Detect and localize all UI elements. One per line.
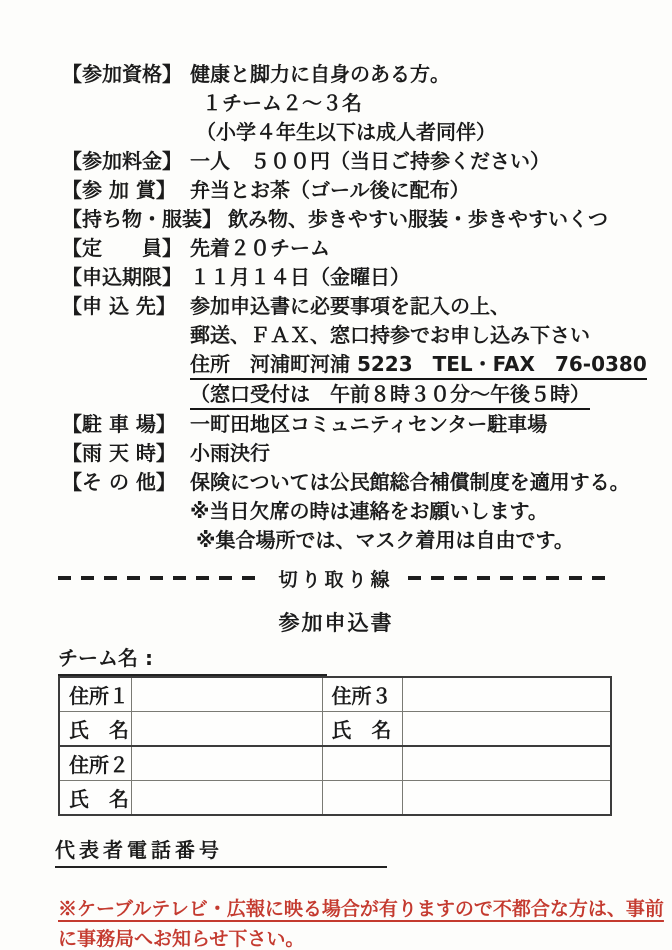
detail-row-office-hours: （窓口受付は 午前８時３０分～午後５時） <box>0 380 672 410</box>
detail-text: 一人 ５００円（当日ご持参ください） <box>190 149 550 173</box>
detail-row-child-note: （小学４年生以下は成人者同伴） <box>0 118 672 147</box>
detail-row-prize: 【参 加 賞】弁当とお茶（ゴール後に配布） <box>0 176 672 205</box>
notice-line: に事務局へお知らせ下さい。 <box>58 928 304 950</box>
cable-tv-notice: ※ケーブルテレビ・広報に映る場合が有りますので不都合な方は、事前 に事務局へお知… <box>58 894 672 950</box>
cut-line-label: 切り取り線 <box>279 565 394 592</box>
application-table: 住所１ 住所３ 氏 名 氏 名 住所２ 氏 名 <box>58 676 612 816</box>
cell-input-address3[interactable] <box>402 677 611 712</box>
detail-row-address-tel: 住所 河浦町河浦 5223 TEL・FAX 76-0380 <box>0 350 672 380</box>
cut-line-dashes-left <box>58 576 265 580</box>
detail-row-team-size: １チーム２～３名 <box>0 89 672 118</box>
representative-phone-row: 代表者電話番号 <box>55 834 672 868</box>
team-name-field[interactable]: チーム名 : <box>58 642 327 676</box>
detail-text: 郵送、ＦＡＸ、窓口持参でお申し込み下さい <box>190 321 590 350</box>
cell-label-address1: 住所１ <box>59 677 131 712</box>
detail-text: 飲み物、歩きやすい服装・歩きやすいくつ <box>228 207 608 231</box>
cell-label-name1: 氏 名 <box>59 712 131 747</box>
detail-text: 小雨決行 <box>190 441 270 465</box>
table-row: 住所１ 住所３ <box>59 677 611 712</box>
detail-label: 【参加料金】 <box>62 147 190 176</box>
representative-phone-field[interactable]: 代表者電話番号 <box>55 834 387 868</box>
detail-text: １１月１４日（金曜日） <box>190 265 410 289</box>
cell-input-name1[interactable] <box>131 712 322 747</box>
cell-input-address2[interactable] <box>131 746 322 781</box>
detail-row-other: 【そ の 他】保険については公民館総合補償制度を適用する。 <box>0 468 672 497</box>
scanned-application-flyer: 【参加資格】健康と脚力に自身のある方。 １チーム２～３名 （小学４年生以下は成人… <box>0 0 672 950</box>
detail-row-belongings: 【持ち物・服装】飲み物、歩きやすい服装・歩きやすいくつ <box>0 205 672 234</box>
detail-row-mask-note: ※集合場所では、マスク着用は自由です。 <box>0 526 672 555</box>
cell-label-name3: 氏 名 <box>322 712 402 747</box>
detail-label: 【雨 天 時】 <box>62 439 190 468</box>
cell-input-name2[interactable] <box>131 781 322 816</box>
detail-label: 【そ の 他】 <box>62 468 190 497</box>
cell-empty <box>402 781 611 816</box>
cell-input-name3[interactable] <box>402 712 611 747</box>
cut-line-dashes-right <box>408 576 615 580</box>
detail-label: 【持ち物・服装】 <box>62 205 222 234</box>
detail-text-underlined: 住所 河浦町河浦 5223 TEL・FAX 76-0380 <box>190 351 647 380</box>
detail-label: 【申 込 先】 <box>62 292 190 321</box>
detail-text: 保険については公民館総合補償制度を適用する。 <box>190 470 630 494</box>
cell-input-address1[interactable] <box>131 677 322 712</box>
detail-row-rain: 【雨 天 時】小雨決行 <box>0 439 672 468</box>
cell-empty <box>402 746 611 781</box>
detail-label: 【参加資格】 <box>62 60 190 89</box>
notice-line: ※ケーブルテレビ・広報に映る場合が有りますので不都合な方は、事前 <box>58 898 664 920</box>
team-name-row: チーム名 : <box>58 642 672 676</box>
detail-text: 参加申込書に必要事項を記入の上、 <box>190 294 510 318</box>
detail-row-absence-note: ※当日欠席の時は連絡をお願いします。 <box>0 497 672 526</box>
detail-text: （小学４年生以下は成人者同伴） <box>196 118 496 147</box>
detail-text: １チーム２～３名 <box>202 89 362 118</box>
table-row: 氏 名 <box>59 781 611 816</box>
table-row: 氏 名 氏 名 <box>59 712 611 747</box>
detail-row-parking: 【駐 車 場】一町田地区コミュニティセンター駐車場 <box>0 410 672 439</box>
cell-empty <box>322 746 402 781</box>
event-details-list: 【参加資格】健康と脚力に自身のある方。 １チーム２～３名 （小学４年生以下は成人… <box>0 0 672 555</box>
table-row: 住所２ <box>59 746 611 781</box>
cell-empty <box>322 781 402 816</box>
detail-label: 【申込期限】 <box>62 263 190 292</box>
detail-text: ※集合場所では、マスク着用は自由です。 <box>196 526 574 555</box>
detail-row-qualification: 【参加資格】健康と脚力に自身のある方。 <box>0 60 672 89</box>
detail-text: 弁当とお茶（ゴール後に配布） <box>190 178 470 202</box>
detail-row-fee: 【参加料金】一人 ５００円（当日ご持参ください） <box>0 147 672 176</box>
cell-label-address2: 住所２ <box>59 746 131 781</box>
detail-row-deadline: 【申込期限】１１月１４日（金曜日） <box>0 263 672 292</box>
detail-row-apply-to: 【申 込 先】参加申込書に必要事項を記入の上、 <box>0 292 672 321</box>
detail-text: 健康と脚力に自身のある方。 <box>190 62 450 86</box>
detail-text: 先着２０チーム <box>190 236 330 260</box>
cell-label-name2: 氏 名 <box>59 781 131 816</box>
detail-text-underlined: （窓口受付は 午前８時３０分～午後５時） <box>190 381 590 410</box>
detail-row-capacity: 【定 員】先着２０チーム <box>0 234 672 263</box>
form-title: 参加申込書 <box>0 609 672 638</box>
detail-text: 一町田地区コミュニティセンター駐車場 <box>190 412 547 436</box>
detail-label: 【駐 車 場】 <box>62 410 190 439</box>
cell-label-address3: 住所３ <box>322 677 402 712</box>
detail-label: 【定 員】 <box>62 234 190 263</box>
detail-row-apply-methods: 郵送、ＦＡＸ、窓口持参でお申し込み下さい <box>0 321 672 350</box>
cut-line: 切り取り線 <box>58 567 614 589</box>
detail-label: 【参 加 賞】 <box>62 176 190 205</box>
detail-text: ※当日欠席の時は連絡をお願いします。 <box>190 497 548 526</box>
